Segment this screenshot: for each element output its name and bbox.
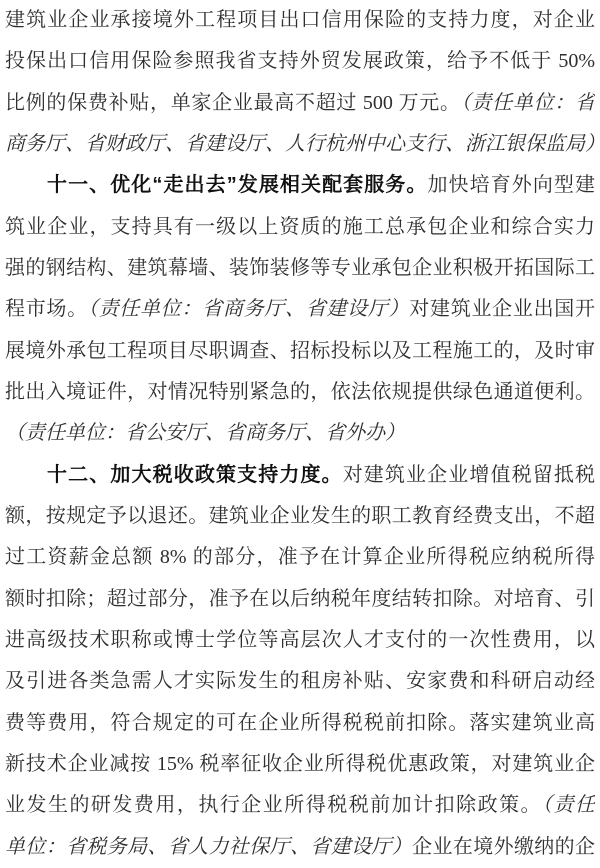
text-line: 比例的保费补贴，单家企业最高不超过 500 万元。（责任单位：省	[5, 83, 595, 124]
body-text-run: 批出入境证件，对情况特别紧急的，依法依规提供绿色通道便利。	[5, 381, 595, 403]
responsibility-unit-run: 商务厅、省财政厅、省建设厅、人行杭州中心支行、浙江银保监局）	[5, 133, 595, 155]
body-text-run: 程市场。	[5, 298, 88, 320]
body-text-run: 加快培育外向型建	[427, 174, 595, 196]
body-text-run: 强的钢结构、建筑幕墙、装饰装修等专业承包企业积极开拓国际工	[5, 257, 595, 279]
text-line: 过工资薪金总额 8% 的部分，准予在计算企业所得税应纳税所得	[5, 537, 595, 578]
body-text-run: 额时扣除；超过部分，准予在以后纳税年度结转扣除。对培育、引	[5, 588, 595, 610]
text-line: （责任单位：省公安厅、省商务厅、省外办）	[5, 413, 595, 454]
body-text-run: 对建筑业企业出国开	[409, 298, 595, 320]
text-line: 费等费用，符合规定的可在企业所得税税前扣除。落实建筑业高	[5, 703, 595, 744]
body-text-run: 比例的保费补贴，单家企业最高不超过 500 万元。	[5, 92, 461, 114]
text-line: 批出入境证件，对情况特别紧急的，依法依规提供绿色通道便利。	[5, 372, 595, 413]
body-text-run: 过工资薪金总额 8% 的部分，准予在计算企业所得税应纳税所得	[5, 546, 595, 568]
body-text-run: 进高级技术职称或博士学位等高层次人才支付的一次性费用，以	[5, 629, 595, 651]
responsibility-unit-run: （责任单位：省商务厅、省建设厅）	[88, 298, 409, 320]
section-heading-run: 十一、优化“走出去”发展相关配套服务。	[47, 174, 427, 196]
text-line: 程市场。（责任单位：省商务厅、省建设厅）对建筑业企业出国开	[5, 289, 595, 330]
text-line: 业发生的研发费用，执行企业所得税税前加计扣除政策。（责任	[5, 785, 595, 826]
section-heading-run: 十二、加大税收政策支持力度。	[47, 464, 343, 486]
body-text-run: 企业在境外缴纳的企	[412, 836, 595, 858]
body-text-run: 建筑业企业承接境外工程项目出口信用保险的支持力度，对企业	[5, 9, 595, 31]
text-line: 十一、优化“走出去”发展相关配套服务。加快培育外向型建	[5, 165, 595, 206]
body-text-run: 展境外承包工程项目尽职调查、招标投标以及工程施工的，及时审	[5, 340, 595, 362]
text-line: 十二、加大税收政策支持力度。对建筑业企业增值税留抵税	[5, 455, 595, 496]
text-line: 筑业企业，支持具有一级以上资质的施工总承包企业和综合实力	[5, 207, 595, 248]
responsibility-unit-run: （责任单位：省公安厅、省商务厅、省外办）	[5, 422, 405, 444]
text-line: 额时扣除；超过部分，准予在以后纳税年度结转扣除。对培育、引	[5, 579, 595, 620]
body-text-run: 筑业企业，支持具有一级以上资质的施工总承包企业和综合实力	[5, 216, 595, 238]
body-text-run: 及引进各类急需人才实际发生的租房补贴、安家费和科研启动经	[5, 670, 595, 692]
text-line: 新技术企业减按 15% 税率征收企业所得税优惠政策，对建筑业企	[5, 744, 595, 785]
text-line: 及引进各类急需人才实际发生的租房补贴、安家费和科研启动经	[5, 661, 595, 702]
text-line: 额，按规定予以退还。建筑业企业发生的职工教育经费支出，不超	[5, 496, 595, 537]
text-line: 强的钢结构、建筑幕墙、装饰装修等专业承包企业积极开拓国际工	[5, 248, 595, 289]
responsibility-unit-run: 单位：省税务局、省人力社保厅、省建设厅）	[5, 836, 412, 858]
text-line: 展境外承包工程项目尽职调查、招标投标以及工程施工的，及时审	[5, 331, 595, 372]
text-line: 进高级技术职称或博士学位等高层次人才支付的一次性费用，以	[5, 620, 595, 661]
body-text-run: 对建筑业企业增值税留抵税	[343, 464, 595, 486]
text-line: 单位：省税务局、省人力社保厅、省建设厅）企业在境外缴纳的企	[5, 827, 595, 868]
body-text-run: 额，按规定予以退还。建筑业企业发生的职工教育经费支出，不超	[5, 505, 595, 527]
text-line: 商务厅、省财政厅、省建设厅、人行杭州中心支行、浙江银保监局）	[5, 124, 595, 165]
body-text-run: 费等费用，符合规定的可在企业所得税税前扣除。落实建筑业高	[5, 712, 595, 734]
body-text-run: 新技术企业减按 15% 税率征收企业所得税优惠政策，对建筑业企	[5, 753, 595, 775]
text-line: 建筑业企业承接境外工程项目出口信用保险的支持力度，对企业	[5, 0, 595, 41]
responsibility-unit-run: （责任	[542, 794, 595, 816]
responsibility-unit-run: （责任单位：省	[461, 92, 595, 114]
body-text-run: 业发生的研发费用，执行企业所得税税前加计扣除政策。	[5, 794, 542, 816]
document-page: 建筑业企业承接境外工程项目出口信用保险的支持力度，对企业投保出口信用保险参照我省…	[0, 0, 600, 868]
text-line: 投保出口信用保险参照我省支持外贸发展政策，给予不低于 50%	[5, 41, 595, 82]
body-text-run: 投保出口信用保险参照我省支持外贸发展政策，给予不低于 50%	[5, 50, 595, 72]
